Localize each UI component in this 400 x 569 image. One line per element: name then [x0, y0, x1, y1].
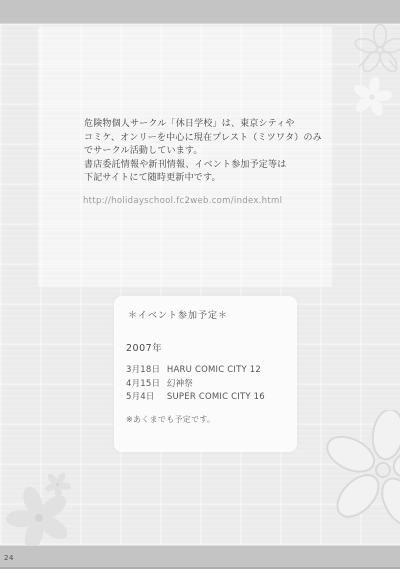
circle-info-text: 危険物個人サークル「休日学校」は、東京シティや コミケ、オンリーを中心に現在プレ…: [84, 118, 318, 186]
scanned-page: 危険物個人サークル「休日学校」は、東京シティや コミケ、オンリーを中心に現在プレ…: [0, 0, 400, 569]
event-date: 3月18日: [126, 363, 164, 375]
scan-margin-top: [0, 0, 400, 24]
event-date: 4月15日: [126, 377, 164, 389]
paper-background: 危険物個人サークル「休日学校」は、東京シティや コミケ、オンリーを中心に現在プレ…: [0, 23, 400, 545]
circle-info-line: 危険物個人サークル「休日学校」は、東京シティや: [84, 118, 318, 132]
event-date: 5月4日: [126, 390, 164, 402]
circle-info-line: コミケ、オンリーを中心に現在プレスト（ミツワタ）のみ: [84, 132, 318, 146]
event-list: 3月18日 HARU COMIC CITY 12 4月15日 幻神祭 5月4日 …: [126, 363, 265, 404]
event-row: 4月15日 幻神祭: [126, 377, 265, 391]
event-name: SUPER COMIC CITY 16: [167, 392, 265, 402]
event-row: 3月18日 HARU COMIC CITY 12: [126, 363, 265, 377]
event-note: ※あくまでも予定です。: [126, 414, 215, 425]
flower-outline-top-right-icon: [352, 22, 400, 78]
flower-solid-top-right-icon: [352, 77, 392, 117]
event-schedule-year: 2007年: [126, 340, 162, 354]
event-name: 幻神祭: [167, 377, 193, 389]
circle-info-line: でサークル活動しています。: [84, 145, 318, 159]
event-schedule-box: ＊イベント参加予定＊ 2007年 3月18日 HARU COMIC CITY 1…: [114, 296, 297, 452]
scan-margin-bottom: 24: [0, 545, 400, 569]
event-row: 5月4日 SUPER COMIC CITY 16: [126, 390, 265, 404]
event-schedule-title: ＊イベント参加予定＊: [128, 308, 228, 321]
circle-info-line: 書店委託情報や新刊情報、イベント参加予定等は: [84, 159, 318, 173]
website-url: http://holidayschool.fc2web.com/index.ht…: [83, 196, 282, 206]
page-number: 24: [4, 554, 14, 562]
flower-solid-bottom-left-small-icon: [44, 471, 71, 498]
flower-outline-bottom-right-icon: [323, 410, 400, 530]
circle-info-line: 下記サイトにて随時更新中です。: [84, 172, 318, 186]
event-name: HARU COMIC CITY 12: [167, 365, 261, 375]
flower-solid-bottom-left-icon: [6, 485, 72, 551]
